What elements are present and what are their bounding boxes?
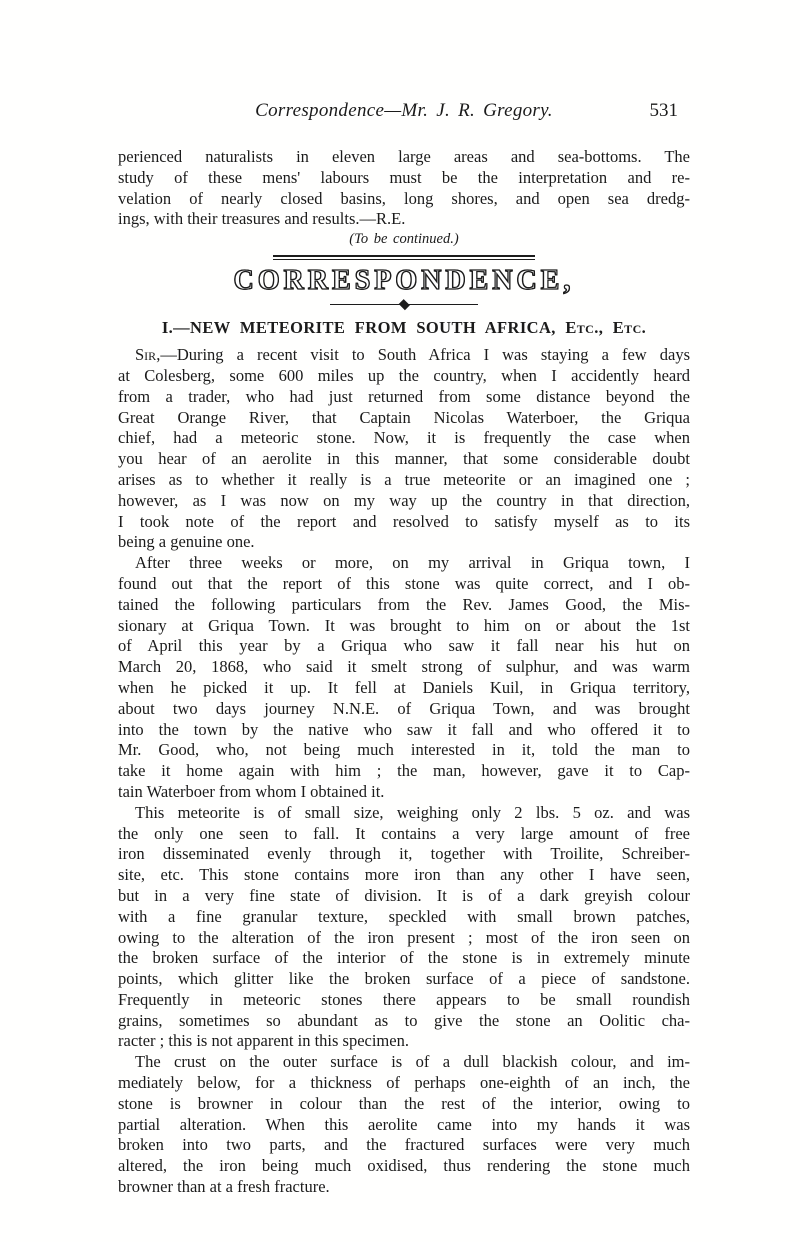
text-line: into the town by the native who saw it f… (118, 720, 690, 741)
text-line: site, etc. This stone contains more iron… (118, 865, 690, 886)
text-line: After three weeks or more, on my arrival… (118, 553, 690, 574)
text-block: Correspondence—Mr. J. R. Gregory. 531 pe… (118, 100, 690, 1198)
text-line: tain Waterboer from whom I obtained it. (118, 782, 690, 803)
text-line: being a genuine one. (118, 532, 690, 553)
scanned-journal-page: Correspondence—Mr. J. R. Gregory. 531 pe… (0, 0, 800, 1242)
text-line: stone is browner in colour than the rest… (118, 1094, 690, 1115)
text-line: arises as to whether it really is a true… (118, 470, 690, 491)
text-line: when he picked it up. It fell at Daniels… (118, 678, 690, 699)
divider-line-left (330, 304, 402, 305)
text-line: altered, the iron being much oxidised, t… (118, 1156, 690, 1177)
paragraph: This meteorite is of small size, weighin… (118, 803, 690, 1053)
continuation-note: (To be continued.) (118, 231, 690, 248)
text-line: found out that the report of this stone … (118, 574, 690, 595)
text-line: The crust on the outer surface is of a d… (118, 1052, 690, 1073)
text-line: however, as I was now on my way up the c… (118, 491, 690, 512)
article-heading-etc: Etc., Etc. (565, 318, 646, 337)
divider-line-right (406, 304, 478, 305)
text-line: Great Orange River, that Captain Nicolas… (118, 408, 690, 429)
paragraph: After three weeks or more, on my arrival… (118, 553, 690, 803)
running-header-title: Correspondence—Mr. J. R. Gregory. (255, 100, 553, 121)
text-line: the broken surface of the interior of th… (118, 948, 690, 969)
text-line: racter ; this is not apparent in this sp… (118, 1031, 690, 1052)
text-line: at Colesberg, some 600 miles up the coun… (118, 366, 690, 387)
text-line: browner than at a fresh fracture. (118, 1177, 690, 1198)
article-heading-main: I.—NEW METEORITE FROM SOUTH AFRICA, (162, 318, 566, 337)
text-line: Sir,—During a recent visit to South Afri… (118, 345, 690, 366)
article-heading: I.—NEW METEORITE FROM SOUTH AFRICA, Etc.… (118, 318, 690, 338)
text-line: chief, had a meteoric stone. Now, it is … (118, 428, 690, 449)
text-line: mediately below, for a thickness of perh… (118, 1073, 690, 1094)
text-line: partial alteration. When this aerolite c… (118, 1115, 690, 1136)
paragraph: The crust on the outer surface is of a d… (118, 1052, 690, 1198)
text-segment: ,—During a recent visit to South Africa … (156, 345, 690, 364)
page-number: 531 (650, 100, 679, 122)
running-header: Correspondence—Mr. J. R. Gregory. 531 (118, 100, 690, 124)
text-line: Mr. Good, who, not being much interested… (118, 740, 690, 761)
text-line: the only one seen to fall. It contains a… (118, 824, 690, 845)
text-line: you hear of an aerolite in this manner, … (118, 449, 690, 470)
text-line: tained the following particulars from th… (118, 595, 690, 616)
text-line: I took note of the report and resolved t… (118, 512, 690, 533)
continued-article-paragraph: perienced naturalists in eleven large ar… (118, 147, 690, 230)
text-line: points, which glitter like the broken su… (118, 969, 690, 990)
small-caps-text: Sir (135, 345, 156, 364)
text-line: study of these mens' labours must be the… (118, 168, 690, 189)
section-double-rule (273, 255, 535, 260)
text-line: about two days journey N.N.E. of Griqua … (118, 699, 690, 720)
text-line: ings, with their treasures and results.—… (118, 209, 690, 230)
text-line: sionary at Griqua Town. It was brought t… (118, 616, 690, 637)
text-line: Frequently in meteoric stones there appe… (118, 990, 690, 1011)
text-line: This meteorite is of small size, weighin… (118, 803, 690, 824)
text-line: from a trader, who had just returned fro… (118, 387, 690, 408)
text-line: grains, sometimes so abundant as to give… (118, 1011, 690, 1032)
text-line: owing to the alteration of the iron pres… (118, 928, 690, 949)
diamond-ornament-icon (399, 300, 409, 310)
text-line: iron disseminated evenly through it, tog… (118, 844, 690, 865)
text-line: broken into two parts, and the fractured… (118, 1135, 690, 1156)
text-line: velation of nearly closed basins, long s… (118, 189, 690, 210)
text-line: of April this year by a Griqua who saw i… (118, 636, 690, 657)
text-line: but in a very fine state of division. It… (118, 886, 690, 907)
paragraph: Sir,—During a recent visit to South Afri… (118, 345, 690, 553)
text-line: with a fine granular texture, speckled w… (118, 907, 690, 928)
text-line: March 20, 1868, who said it smelt strong… (118, 657, 690, 678)
ornament-divider (330, 300, 478, 309)
correspondence-section-title: CORRESPONDENCE, (118, 265, 690, 297)
text-line: take it home again with him ; the man, h… (118, 761, 690, 782)
article-body: Sir,—During a recent visit to South Afri… (118, 345, 690, 1198)
text-line: perienced naturalists in eleven large ar… (118, 147, 690, 168)
paragraph: perienced naturalists in eleven large ar… (118, 147, 690, 230)
